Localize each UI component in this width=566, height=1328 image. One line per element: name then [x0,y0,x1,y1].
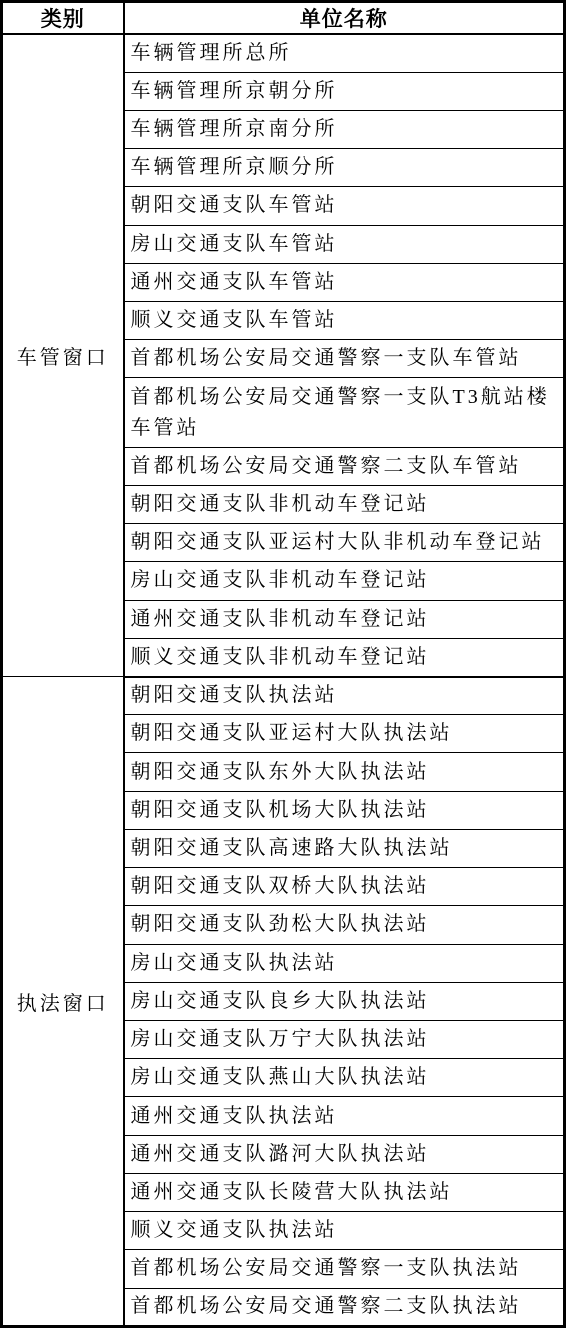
table-row: 车管窗口车辆管理所总所 [2,34,565,72]
unit-cell: 房山交通支队非机动车登记站 [124,562,565,600]
unit-cell: 车辆管理所京顺分所 [124,149,565,187]
unit-cell: 房山交通支队车管站 [124,225,565,263]
unit-cell: 首都机场公安局交通警察一支队车管站 [124,340,565,378]
unit-cell: 朝阳交通支队双桥大队执法站 [124,868,565,906]
unit-cell: 房山交通支队万宁大队执法站 [124,1020,565,1058]
unit-cell: 朝阳交通支队车管站 [124,187,565,225]
unit-name-column-header: 单位名称 [124,2,565,35]
unit-cell: 顺义交通支队非机动车登记站 [124,638,565,676]
table-row: 执法窗口朝阳交通支队执法站 [2,677,565,715]
unit-cell: 通州交通支队车管站 [124,263,565,301]
unit-cell: 朝阳交通支队亚运村大队非机动车登记站 [124,524,565,562]
unit-cell: 首都机场公安局交通警察一支队执法站 [124,1250,565,1288]
unit-cell: 房山交通支队执法站 [124,944,565,982]
unit-cell: 朝阳交通支队东外大队执法站 [124,753,565,791]
document-page: 类别 单位名称 车管窗口车辆管理所总所车辆管理所京朝分所车辆管理所京南分所车辆管… [0,0,566,1328]
category-cell: 车管窗口 [2,34,124,677]
unit-cell: 朝阳交通支队非机动车登记站 [124,485,565,523]
unit-cell: 朝阳交通支队高速路大队执法站 [124,829,565,867]
unit-cell: 顺义交通支队车管站 [124,302,565,340]
unit-cell: 通州交通支队执法站 [124,1097,565,1135]
unit-cell: 通州交通支队非机动车登记站 [124,600,565,638]
category-cell: 执法窗口 [2,677,124,1327]
unit-cell: 车辆管理所总所 [124,34,565,72]
unit-cell: 顺义交通支队执法站 [124,1212,565,1250]
unit-cell: 房山交通支队燕山大队执法站 [124,1059,565,1097]
category-column-header: 类别 [2,2,124,35]
unit-cell: 朝阳交通支队机场大队执法站 [124,791,565,829]
unit-cell: 房山交通支队良乡大队执法站 [124,982,565,1020]
units-table: 类别 单位名称 车管窗口车辆管理所总所车辆管理所京朝分所车辆管理所京南分所车辆管… [0,0,566,1328]
unit-cell: 首都机场公安局交通警察二支队车管站 [124,447,565,485]
unit-cell: 首都机场公安局交通警察二支队执法站 [124,1288,565,1327]
unit-cell: 朝阳交通支队执法站 [124,677,565,715]
unit-cell: 车辆管理所京南分所 [124,110,565,148]
unit-cell: 朝阳交通支队劲松大队执法站 [124,906,565,944]
unit-cell: 朝阳交通支队亚运村大队执法站 [124,715,565,753]
unit-cell: 首都机场公安局交通警察一支队T3航站楼车管站 [124,378,565,447]
table-body: 车管窗口车辆管理所总所车辆管理所京朝分所车辆管理所京南分所车辆管理所京顺分所朝阳… [2,34,565,1327]
unit-cell: 车辆管理所京朝分所 [124,72,565,110]
unit-cell: 通州交通支队长陵营大队执法站 [124,1173,565,1211]
unit-cell: 通州交通支队潞河大队执法站 [124,1135,565,1173]
header-row: 类别 单位名称 [2,2,565,35]
